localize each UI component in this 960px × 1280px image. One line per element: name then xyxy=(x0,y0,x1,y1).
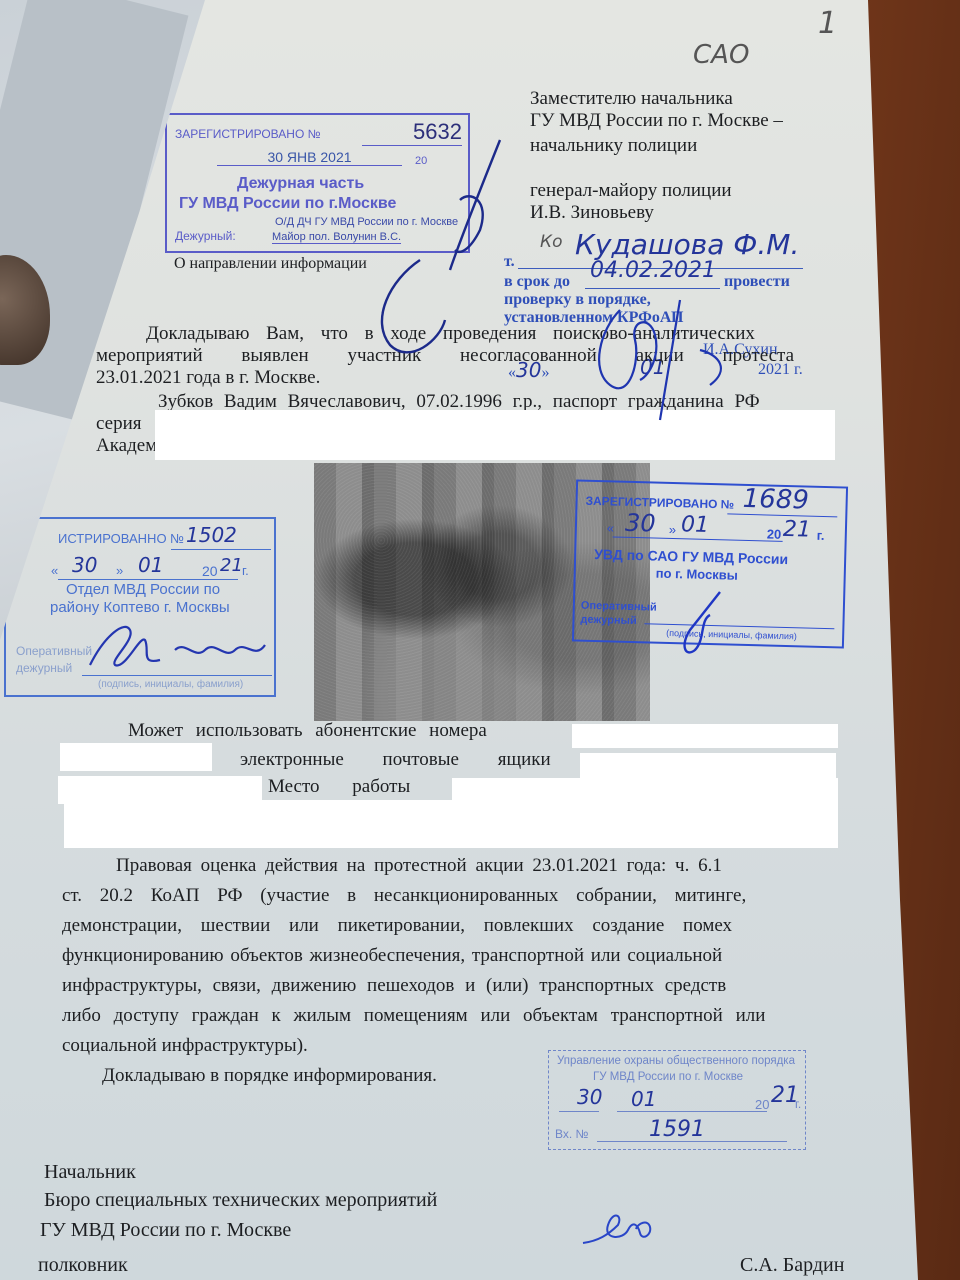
stamp-org: ГУ МВД России по г. Москве xyxy=(593,1071,743,1083)
incoming-number: 1591 xyxy=(649,1117,705,1142)
legal-text-line: функционированию объектов жизнеобеспечен… xyxy=(62,941,722,972)
closing-line: Докладываю в порядке информирования. xyxy=(102,1061,437,1092)
signature-resolution xyxy=(580,290,740,430)
signature-koptevo xyxy=(85,615,275,675)
stamp-org: УВД по САО ГУ МВД России xyxy=(594,546,788,567)
stamp-org: Дежурная часть xyxy=(237,175,364,193)
stamp-line xyxy=(559,1111,599,1112)
legal-text-line: социальной инфраструктуры). xyxy=(62,1031,308,1062)
stamp-line xyxy=(58,579,238,580)
handwritten-year: 21 xyxy=(220,555,243,576)
stamp-label: Вх. № xyxy=(555,1127,588,1141)
handwritten-day: 30 xyxy=(577,1085,602,1109)
stamp-org: по г. Москвы xyxy=(656,566,739,583)
redaction-box xyxy=(60,743,212,771)
body-text-line: Место работы xyxy=(268,772,410,803)
stamp-label: дежурный xyxy=(580,614,637,627)
stamp-label: ЗАРЕГИСТРИРОВАНО № xyxy=(175,127,321,141)
stamp-line xyxy=(617,1111,767,1112)
handwritten-month: 01 xyxy=(138,553,163,577)
signature-block-line: полковник xyxy=(38,1250,128,1280)
registration-stamp-public-order: Управление охраны общественного порядка … xyxy=(548,1050,806,1150)
handwritten-year: 21 xyxy=(783,517,812,543)
signature-duty-officer xyxy=(360,130,520,370)
registration-number: 1502 xyxy=(186,523,237,547)
resolution-line xyxy=(585,288,720,289)
stamp-label: Дежурный: xyxy=(175,229,236,243)
stamp-line xyxy=(171,549,271,550)
pencil-page-number: 1 xyxy=(818,6,837,41)
addressee-line: ГУ МВД России по г. Москве – xyxy=(530,108,783,134)
stamp-year-letter: г. xyxy=(242,563,249,578)
signature-chief xyxy=(578,1205,658,1250)
redaction-box xyxy=(572,724,838,748)
handwritten-assignee: Кудашова Ф.М. xyxy=(575,228,799,261)
stamp-caption: (подпись, инициалы, фамилия) xyxy=(98,679,243,690)
pencil-district-mark: САО xyxy=(693,40,749,70)
body-text-line: Может использовать абонентские номера xyxy=(128,716,487,747)
stamp-label: Оперативный xyxy=(581,600,657,614)
signature-sao xyxy=(670,590,730,660)
body-text-line: электронные почтовые ящики xyxy=(240,745,551,776)
legal-text-line: либо доступу граждан к жилым помещениям … xyxy=(62,1001,765,1032)
stamp-org: Управление охраны общественного порядка xyxy=(557,1055,795,1067)
legal-text-line: демонстрации, шествии или пикетировании,… xyxy=(62,911,732,942)
stamp-line xyxy=(597,1141,787,1142)
handwritten-day: 30 xyxy=(72,553,97,577)
body-text-line: Академ xyxy=(96,431,157,462)
signature-block-line: Начальник xyxy=(44,1157,136,1188)
addressee-line: И.В. Зиновьеву xyxy=(530,200,654,226)
legal-text-line: инфраструктуры, связи, движению пешеходо… xyxy=(62,971,726,1002)
handwritten-month: 01 xyxy=(631,1087,656,1111)
registration-number: 1689 xyxy=(742,484,809,516)
stamp-label: ИСТРИРОВАННО № xyxy=(58,531,184,546)
stamp-label: Оперативный xyxy=(16,644,92,658)
stamp-year-prefix: 20 xyxy=(767,526,782,541)
handwritten-deadline: 04.02.2021 xyxy=(590,258,716,283)
stamp-label: дежурный xyxy=(16,661,72,675)
signature-block-line: ГУ МВД России по г. Москве xyxy=(40,1215,291,1246)
handwritten-month: 01 xyxy=(681,512,710,538)
pencil-note: Ко xyxy=(540,232,562,252)
stamp-org: району Коптево г. Москвы xyxy=(50,599,230,616)
legal-text-line: ст. 20.2 КоАП РФ (участие в несанкционир… xyxy=(62,881,746,912)
legal-text-line: Правовая оценка действия на протестной а… xyxy=(116,851,722,882)
redaction-box xyxy=(64,800,838,848)
signatory-name: С.А. Бардин xyxy=(740,1250,844,1280)
stamp-line xyxy=(82,675,272,676)
stamp-year-letter: г. xyxy=(795,1097,801,1111)
stamp-year-letter: г. xyxy=(817,528,825,543)
stamp-label: ЗАРЕГИСТРИРОВАНО № xyxy=(585,494,734,512)
stamp-year-prefix: 20 xyxy=(755,1097,769,1112)
stamp-year-prefix: 20 xyxy=(202,563,218,579)
redaction-box xyxy=(580,753,836,779)
signature-block-line: Бюро специальных технических мероприятий xyxy=(44,1185,437,1216)
addressee-line: начальнику полиции xyxy=(530,133,697,159)
resolution-label: провести xyxy=(724,272,790,292)
stamp-org: Отдел МВД России по xyxy=(66,581,220,598)
handwritten-day: 30 xyxy=(625,509,656,538)
subject-line: О направлении информации xyxy=(174,252,367,276)
